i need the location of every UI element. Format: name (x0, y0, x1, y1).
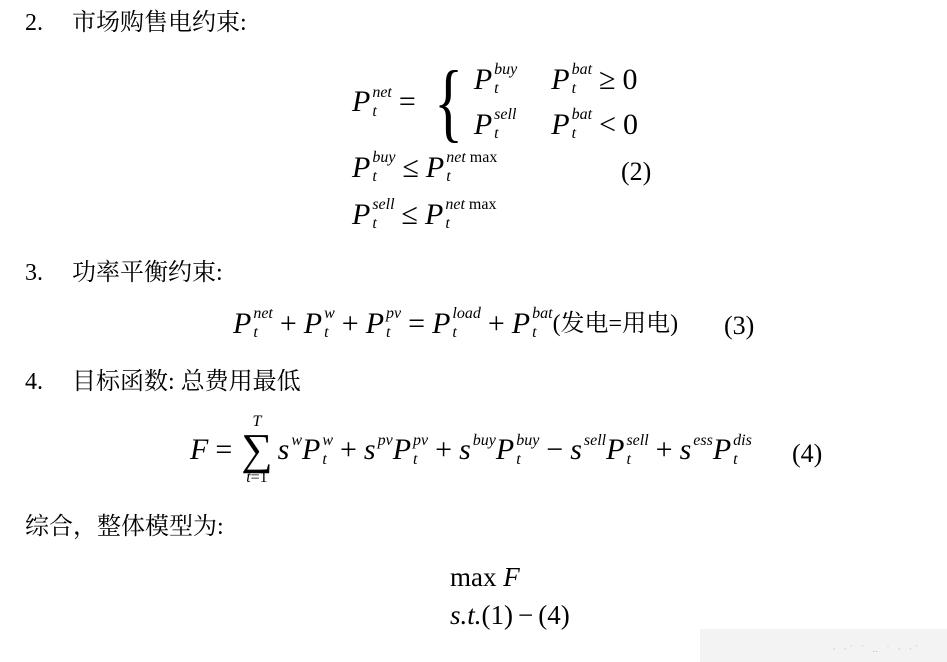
section-2-heading: 2.市场购售电约束: (25, 8, 247, 38)
superscript: pv (378, 433, 393, 449)
math-var: spv (364, 433, 393, 468)
math-operator: − (546, 435, 563, 465)
superscript: ess (693, 433, 713, 449)
superscript: sell (372, 197, 394, 213)
math-base: P (432, 309, 450, 339)
math-operator: + (435, 435, 452, 465)
superscript-text: w (324, 305, 335, 322)
math-var: Pdist (713, 433, 752, 468)
superscript-text: pv (413, 432, 428, 449)
watermark-marks: · ·˙ ˙ ‥ ˙ · ·˙ (833, 644, 921, 655)
equation-objective-function: F=T∑t=1swPwt+spvPpvt+sbuyPbuyt−ssellPsel… (190, 414, 752, 486)
math-base: P (352, 200, 370, 230)
math-operator: ≤ (402, 153, 418, 183)
subscript: t (446, 169, 450, 185)
math-var: Psellt (352, 197, 395, 232)
superscript: buy (516, 433, 539, 449)
subscript-text: t (494, 80, 498, 97)
document-page: 2.市场购售电约束: Pnett={PbuytPbatt≥0PselltPbat… (0, 0, 947, 662)
section-3-title: 功率平衡约束: (72, 260, 223, 286)
script-stack: buyt (372, 150, 395, 185)
math-var: Pnett (352, 85, 392, 120)
summary-text: 综合，整体模型为: (25, 512, 224, 542)
math-operator: ≥ (599, 65, 615, 95)
script-stack: w (291, 433, 302, 468)
subject-to-line: s.t.(1)−(4) (450, 600, 570, 630)
math-var: Pbatt (512, 306, 553, 341)
subscript-text: t (322, 451, 326, 468)
math-text: (1) (482, 600, 513, 630)
subscript-text: t (413, 451, 417, 468)
superscript-text: pv (378, 432, 393, 449)
superscript-text: sell (584, 432, 606, 449)
math-text: max (450, 562, 503, 592)
script-stack: sell (584, 433, 606, 468)
equation-piecewise-net-power: Pnett={PbuytPbatt≥0PselltPbatt<0 (352, 58, 638, 146)
math-var: sbuy (459, 433, 496, 468)
math-base: P (512, 309, 530, 339)
math-operator: ≤ (402, 200, 418, 230)
superscript-text: w (322, 432, 333, 449)
superscript: w (324, 306, 335, 322)
math-base: s (570, 435, 582, 465)
math-cjk-annotation: (发电=用电) (553, 309, 679, 339)
script-stack: wt (324, 306, 335, 341)
subscript: t (322, 452, 326, 468)
math-base: P (426, 153, 444, 183)
script-stack: dist (733, 433, 752, 468)
math-text: 0 (623, 109, 638, 141)
math-var: sess (680, 433, 713, 468)
superscript: net max (446, 150, 497, 166)
script-stack: ess (693, 433, 713, 468)
subscript: t (494, 81, 498, 97)
subscript: t (626, 452, 630, 468)
script-stack: pvt (386, 306, 401, 341)
script-stack: pvt (413, 433, 428, 468)
equation-buy-limit: Pbuyt≤Pnet maxt (352, 150, 497, 185)
superscript-roman: max (466, 149, 498, 166)
subscript: t (516, 452, 520, 468)
math-var: Pbuyt (474, 62, 517, 97)
superscript: net (253, 306, 273, 322)
equation-sell-limit: Psellt≤Pnet maxt (352, 197, 496, 232)
section-4-heading: 4.目标函数: 总费用最低 (25, 367, 301, 397)
math-base: s (459, 435, 471, 465)
script-stack: buyt (516, 433, 539, 468)
math-var: F (503, 562, 520, 592)
section-4-number: 4. (25, 367, 72, 397)
max-objective-line: max F (450, 562, 520, 592)
math-var: Psellt (606, 433, 649, 468)
case-value: Pbuyt (474, 62, 517, 97)
script-stack: net maxt (446, 150, 497, 185)
math-base: P (551, 65, 569, 95)
summation: T∑t=1 (241, 414, 272, 486)
math-var: Pwt (302, 433, 333, 468)
superscript: pv (386, 306, 401, 322)
equation-power-balance: Pnett+Pwt+Ppvt=Ploadt+Pbatt(发电=用电) (233, 306, 678, 341)
superscript-text: w (291, 432, 302, 449)
subscript: t (445, 216, 449, 232)
superscript-text: sell (626, 432, 648, 449)
subscript-text: t (372, 215, 376, 232)
math-base: s (364, 435, 376, 465)
sum-index: t (246, 469, 250, 486)
left-brace-icon: { (434, 62, 463, 141)
superscript-text: net (372, 84, 392, 101)
superscript-text: net (445, 196, 465, 213)
subscript-text: t (516, 451, 520, 468)
case-condition: Pbatt<0 (551, 107, 638, 142)
subscript-text: t (572, 80, 576, 97)
math-var: F (190, 434, 208, 466)
superscript: sell (494, 107, 516, 123)
subscript: t (572, 126, 576, 142)
math-base: P (496, 435, 514, 465)
superscript: buy (473, 433, 496, 449)
equation-3-number: (3) (724, 312, 754, 340)
superscript-roman: max (465, 196, 497, 213)
case-value: Psellt (474, 107, 517, 142)
math-var: Pbatt (551, 62, 592, 97)
superscript: w (291, 433, 302, 449)
subscript: t (733, 452, 737, 468)
subscript: t (386, 325, 390, 341)
superscript: bat (572, 62, 592, 78)
equation-2-number: (2) (621, 158, 651, 186)
section-3-number: 3. (25, 258, 72, 288)
math-text: 0 (623, 64, 638, 96)
subscript: t (372, 216, 376, 232)
subscript-text: t (446, 168, 450, 185)
subscript: t (572, 81, 576, 97)
superscript-text: sell (372, 196, 394, 213)
superscript: pv (413, 433, 428, 449)
superscript: sell (584, 433, 606, 449)
script-stack: wt (322, 433, 333, 468)
math-text: (4) (538, 600, 569, 630)
math-base: P (425, 200, 443, 230)
subscript: t (494, 126, 498, 142)
script-stack: sellt (494, 107, 516, 142)
script-stack: nett (372, 85, 392, 120)
subscript: t (324, 325, 328, 341)
subscript: t (532, 325, 536, 341)
math-operator: < (599, 110, 616, 140)
math-relation: = (399, 87, 416, 117)
superscript: bat (532, 306, 552, 322)
script-stack: pv (378, 433, 393, 468)
sigma-icon: ∑ (241, 430, 272, 470)
math-var: Pbuyt (352, 150, 395, 185)
math-var: Pbatt (551, 107, 592, 142)
superscript-text: net (253, 305, 273, 322)
math-operator: + (340, 435, 357, 465)
superscript-text: buy (494, 61, 517, 78)
section-2-title: 市场购售电约束: (72, 10, 247, 36)
superscript: buy (372, 150, 395, 166)
math-var: Pwt (304, 306, 335, 341)
math-base: P (366, 309, 384, 339)
math-base: P (474, 65, 492, 95)
math-operator: + (656, 435, 673, 465)
math-base: P (352, 87, 370, 117)
math-operator: + (342, 309, 359, 339)
subscript-text: t (445, 215, 449, 232)
math-var: Pnett (233, 306, 273, 341)
sum-lower-limit: t=1 (246, 470, 267, 486)
math-var: Pnet maxt (425, 197, 496, 232)
subscript: t (452, 325, 456, 341)
subscript-text: t (532, 324, 536, 341)
superscript: load (452, 306, 480, 322)
superscript-text: buy (372, 149, 395, 166)
math-var: Ploadt (432, 306, 481, 341)
script-stack: buy (473, 433, 496, 468)
subscript-text: t (324, 324, 328, 341)
math-operator: + (488, 309, 505, 339)
subscript-text: t (733, 451, 737, 468)
subscript: t (372, 104, 376, 120)
superscript-text: net (446, 149, 466, 166)
subscript: t (253, 325, 257, 341)
superscript-text: buy (516, 432, 539, 449)
superscript-text: buy (473, 432, 496, 449)
subscript-text: t (452, 324, 456, 341)
math-base: P (393, 435, 411, 465)
subscript-text: t (386, 324, 390, 341)
subscript-text: t (372, 103, 376, 120)
math-var: Ppvt (393, 433, 428, 468)
superscript-text: ess (693, 432, 713, 449)
script-stack: sellt (372, 197, 394, 232)
equation-4-number: (4) (792, 440, 822, 468)
superscript: sell (626, 433, 648, 449)
math-var: sw (278, 433, 302, 468)
math-base: P (352, 153, 370, 183)
script-stack: loadt (452, 306, 480, 341)
math-var: Pnet maxt (426, 150, 497, 185)
math-base: P (233, 309, 251, 339)
superscript-text: load (452, 305, 480, 322)
math-var: s.t. (450, 600, 482, 630)
math-base: P (606, 435, 624, 465)
math-operator: = (408, 309, 425, 339)
math-base: s (680, 435, 692, 465)
subscript-text: t (494, 125, 498, 142)
subscript-text: t (372, 168, 376, 185)
superscript-text: dis (733, 432, 752, 449)
math-base: s (278, 435, 290, 465)
subscript: t (372, 169, 376, 185)
superscript: bat (572, 107, 592, 123)
math-var: Ppvt (366, 306, 401, 341)
script-stack: nett (253, 306, 273, 341)
cases-grid: PbuytPbatt≥0PselltPbatt<0 (474, 62, 638, 142)
superscript-text: bat (532, 305, 552, 322)
script-stack: batt (532, 306, 552, 341)
script-stack: batt (572, 107, 592, 142)
math-var: Pbuyt (496, 433, 539, 468)
math-base: P (304, 309, 322, 339)
superscript-text: bat (572, 61, 592, 78)
math-base: P (551, 110, 569, 140)
superscript-text: pv (386, 305, 401, 322)
script-stack: buyt (494, 62, 517, 97)
superscript: w (322, 433, 333, 449)
script-stack: sellt (626, 433, 648, 468)
case-condition: Pbatt≥0 (551, 62, 637, 97)
subscript-text: t (572, 125, 576, 142)
math-operator: = (215, 435, 232, 465)
math-var: ssell (570, 433, 606, 468)
superscript: dis (733, 433, 752, 449)
subscript-text: t (626, 451, 630, 468)
section-4-title: 目标函数: 总费用最低 (72, 369, 301, 395)
math-base: P (302, 435, 320, 465)
section-3-heading: 3.功率平衡约束: (25, 258, 223, 288)
math-base: P (474, 110, 492, 140)
math-base: P (713, 435, 731, 465)
math-operator: − (518, 600, 533, 630)
math-var: Psellt (474, 107, 517, 142)
watermark: · ·˙ ˙ ‥ ˙ · ·˙ (700, 629, 947, 662)
math-operator: + (280, 309, 297, 339)
superscript-text: sell (494, 106, 516, 123)
superscript: net max (445, 197, 496, 213)
superscript-text: bat (572, 106, 592, 123)
superscript: buy (494, 62, 517, 78)
script-stack: net maxt (445, 197, 496, 232)
subscript: t (413, 452, 417, 468)
superscript: net (372, 85, 392, 101)
subscript-text: t (253, 324, 257, 341)
section-2-number: 2. (25, 8, 72, 38)
script-stack: batt (572, 62, 592, 97)
